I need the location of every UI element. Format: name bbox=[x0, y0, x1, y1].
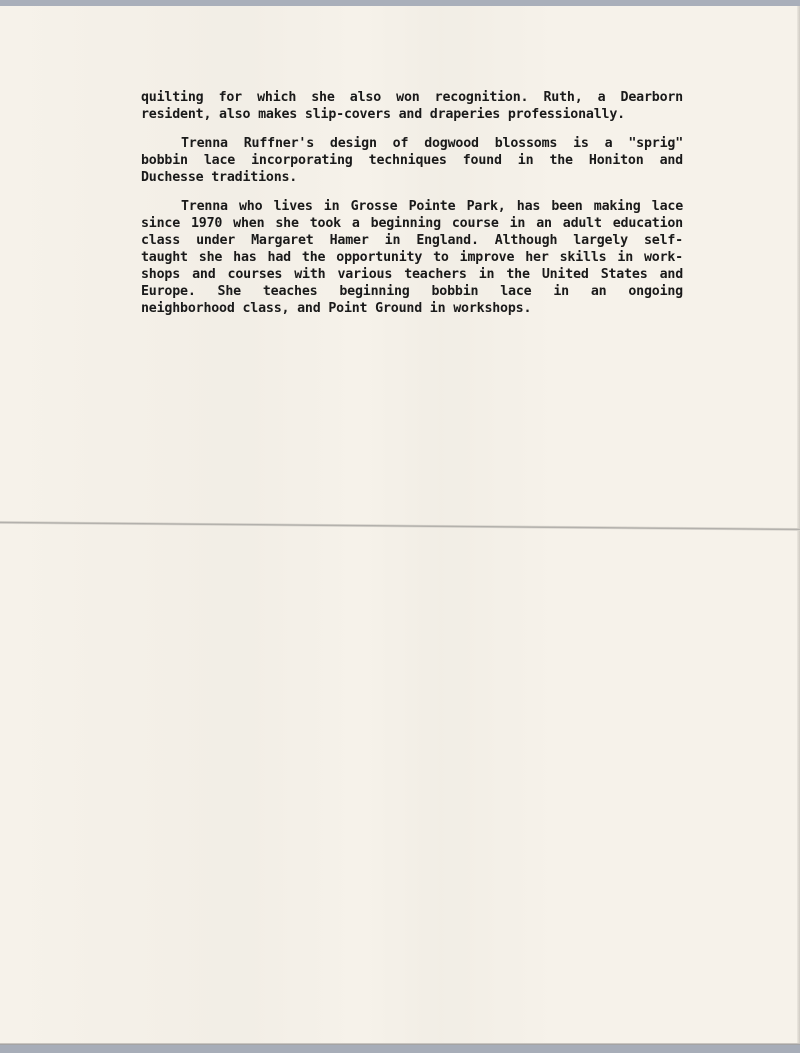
paragraph-ruth-quilting: quilting for which she also won recognit… bbox=[141, 89, 683, 123]
text-line: class under Margaret Hamer in England. A… bbox=[141, 232, 683, 249]
paragraph-trenna-bio: Trenna who lives in Grosse Pointe Park, … bbox=[141, 198, 683, 317]
text-line: taught she has had the opportunity to im… bbox=[141, 249, 683, 266]
text-line: neighborhood class, and Point Ground in … bbox=[141, 300, 683, 317]
paragraph-trenna-design: Trenna Ruffner's design of dogwood bloss… bbox=[141, 135, 683, 186]
text-line: bobbin lace incorporating techniques fou… bbox=[141, 152, 683, 169]
text-line: Europe. She teaches beginning bobbin lac… bbox=[141, 283, 683, 300]
text-line: Trenna who lives in Grosse Pointe Park, … bbox=[141, 198, 683, 215]
text-line: shops and courses with various teachers … bbox=[141, 266, 683, 283]
text-line: Duchesse traditions. bbox=[141, 169, 683, 186]
text-line: resident, also makes slip-covers and dra… bbox=[141, 106, 683, 123]
document-body: quilting for which she also won recognit… bbox=[141, 89, 683, 329]
text-line: Trenna Ruffner's design of dogwood bloss… bbox=[141, 135, 683, 152]
text-line: since 1970 when she took a beginning cou… bbox=[141, 215, 683, 232]
scan-bottom-edge bbox=[0, 1045, 800, 1053]
text-line: quilting for which she also won recognit… bbox=[141, 89, 683, 106]
